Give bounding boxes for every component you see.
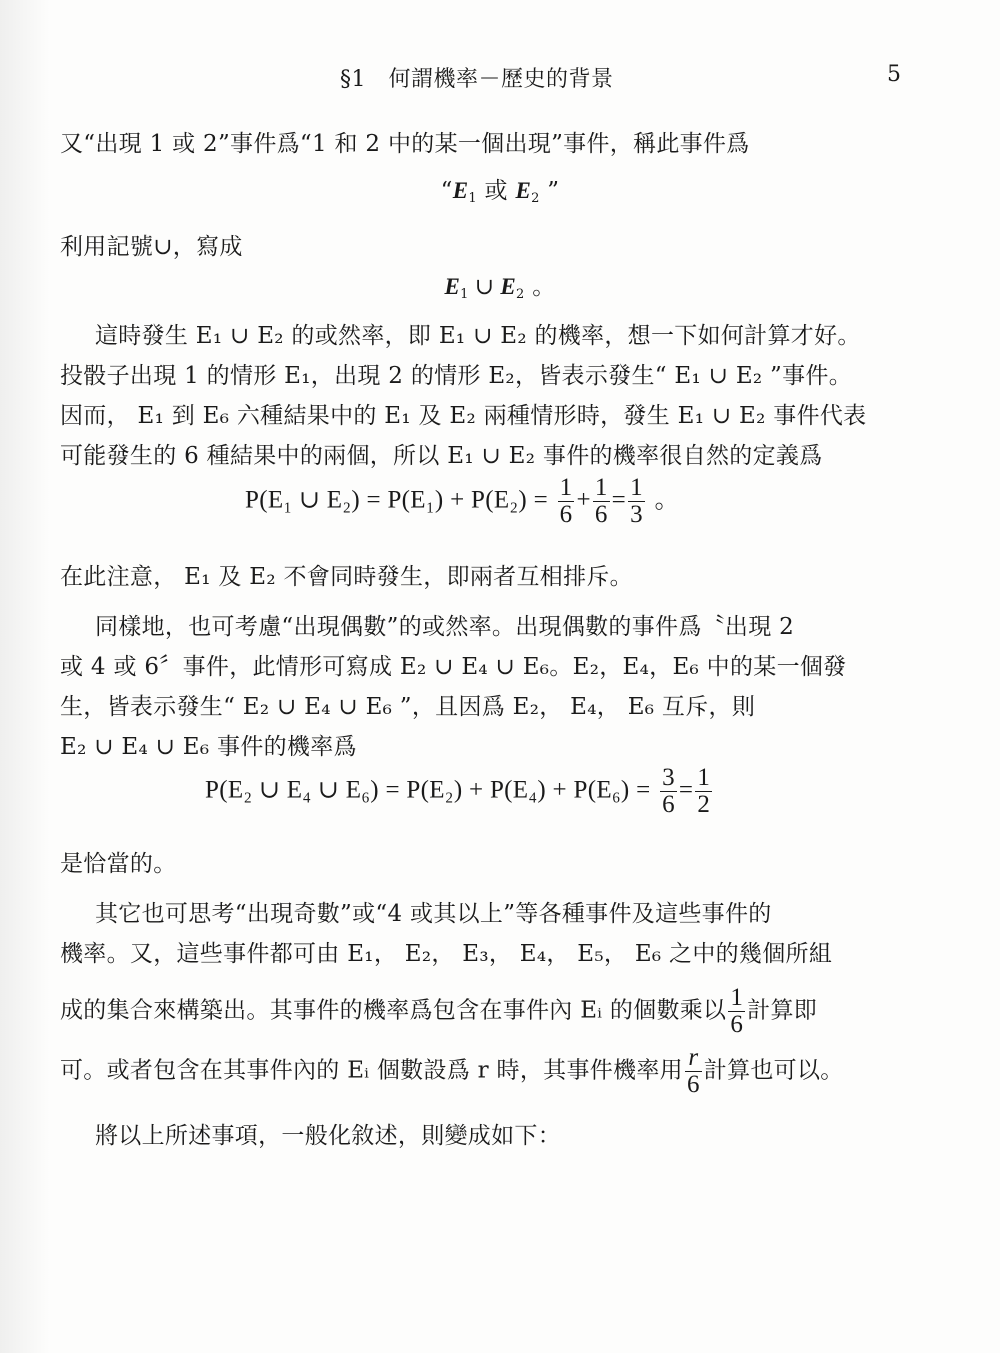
fraction-1-6: 16 <box>728 985 745 1038</box>
paragraph-7-line-1: 其它也可思考“出現奇數”或“4 或其以上”等各種事件及這些事件的 <box>95 895 772 928</box>
paragraph-6: 是恰當的。 <box>60 845 177 878</box>
numerator: 1 <box>593 475 610 502</box>
page-number: 5 <box>887 62 901 87</box>
paragraph-3-line-4: 可能發生的 6 種結果中的兩個，所以 E₁ ∪ E₂ 事件的機率很自然的定義爲 <box>60 437 823 470</box>
text-segment: 計算即 <box>747 998 817 1024</box>
denominator: 6 <box>593 502 610 528</box>
denominator: 2 <box>695 792 712 818</box>
open-quote: “ <box>441 178 453 204</box>
section-title: §1 何謂機率－歷史的背景 <box>340 62 614 93</box>
display-e1-union-e2: E1 ∪ E2 。 <box>0 268 1000 302</box>
numerator: 1 <box>728 985 745 1012</box>
paragraph-1-line-1: 又“出現 1 或 2”事件爲“1 和 2 中的某一個出現”事件，稱此事件爲 <box>60 125 750 158</box>
paragraph-3-line-2: 投骰子出現 1 的情形 E₁，出現 2 的情形 E₂，皆表示發生“ E₁ ∪ E… <box>60 357 852 390</box>
paragraph-5-line-2: 或 4 或 6〞事件，此情形可寫成 E₂ ∪ E₄ ∪ E₆。E₂，E₄，E₆ … <box>60 648 846 681</box>
denominator: 6 <box>728 1012 745 1038</box>
paragraph-8: 將以上所述事項，一般化敘述，則變成如下： <box>95 1117 561 1150</box>
math-e: E <box>500 274 516 299</box>
paragraph-2-line-1: 利用記號∪，寫成 <box>60 228 243 261</box>
fraction-3-6: 36 <box>660 765 677 818</box>
period: 。 <box>525 274 556 300</box>
paragraph-7-line-4: 可。或者包含在其事件內的 Eᵢ 個數設爲 r 時，其事件機率用r6計算也可以。 <box>60 1045 844 1098</box>
paragraph-5-line-4: E₂ ∪ E₄ ∪ E₆ 事件的機率爲 <box>60 728 357 761</box>
equation-1: P(E₁ ∪ E₂) = P(E₁) + P(E₂) = 16+16=13 。 <box>245 475 680 528</box>
fraction-r-6: r6 <box>685 1045 702 1098</box>
math-e: E <box>453 178 469 203</box>
text-segment: 成的集合來構築出。其事件的機率爲包含在事件內 Eᵢ 的個數乘以 <box>60 998 726 1024</box>
subscript: 1 <box>468 191 477 206</box>
paragraph-5-line-3: 生，皆表示發生“ E₂ ∪ E₄ ∪ E₆ ”，且因爲 E₂， E₄， E₆ 互… <box>60 688 755 721</box>
numerator: 1 <box>695 765 712 792</box>
equation-lhs: P(E₁ ∪ E₂) = P(E₁) + P(E₂) = <box>245 487 548 514</box>
display-e1-or-e2: “E1 或 E2 ” <box>0 172 1000 206</box>
fraction-1-3: 13 <box>628 475 645 528</box>
equation-lhs: P(E₂ ∪ E₄ ∪ E₆) = P(E₂) + P(E₄) + P(E₆) … <box>205 777 650 804</box>
denominator: 3 <box>628 502 645 528</box>
paragraph-4: 在此注意， E₁ 及 E₂ 不會同時發生，即兩者互相排斥。 <box>60 558 633 591</box>
paragraph-7-line-2: 機率。又，這些事件都可由 E₁， E₂， E₃， E₄， E₅， E₆ 之中的幾… <box>60 935 832 968</box>
plus-sign: + <box>576 487 590 514</box>
equals-sign: = <box>679 777 693 804</box>
period: 。 <box>655 487 680 514</box>
paragraph-5-line-1: 同樣地，也可考慮“出現偶數”的或然率。出現偶數的事件爲〝出現 2 <box>95 608 794 641</box>
numerator: r <box>685 1045 702 1072</box>
numerator: 3 <box>660 765 677 792</box>
text-segment: 可。或者包含在其事件內的 Eᵢ 個數設爲 r 時，其事件機率用 <box>60 1058 683 1084</box>
math-e: E <box>515 178 531 203</box>
denominator: 6 <box>660 792 677 818</box>
paragraph-3-line-3: 因而， E₁ 到 E₆ 六種結果中的 E₁ 及 E₂ 兩種情形時，發生 E₁ ∪… <box>60 397 866 430</box>
denominator: 6 <box>685 1072 702 1098</box>
fraction-1-6: 16 <box>558 475 575 528</box>
numerator: 1 <box>628 475 645 502</box>
subscript: 2 <box>531 191 540 206</box>
numerator: 1 <box>558 475 575 502</box>
paragraph-7-line-3: 成的集合來構築出。其事件的機率爲包含在事件內 Eᵢ 的個數乘以16計算即 <box>60 985 817 1038</box>
running-header: §1 何謂機率－歷史的背景 5 <box>0 62 1000 92</box>
paragraph-3-line-1: 這時發生 E₁ ∪ E₂ 的或然率，即 E₁ ∪ E₂ 的機率，想一下如何計算才… <box>95 317 861 350</box>
text-segment: 計算也可以。 <box>704 1058 844 1084</box>
or-word: 或 <box>477 178 516 204</box>
subscript: 1 <box>460 287 469 302</box>
equation-2: P(E₂ ∪ E₄ ∪ E₆) = P(E₂) + P(E₄) + P(E₆) … <box>205 765 714 818</box>
math-e: E <box>444 274 460 299</box>
equals-sign: = <box>612 487 626 514</box>
fraction-1-6: 16 <box>593 475 610 528</box>
union-symbol: ∪ <box>469 274 501 299</box>
fraction-1-2: 12 <box>695 765 712 818</box>
denominator: 6 <box>558 502 575 528</box>
close-quote: ” <box>540 178 560 204</box>
subscript: 2 <box>516 287 525 302</box>
